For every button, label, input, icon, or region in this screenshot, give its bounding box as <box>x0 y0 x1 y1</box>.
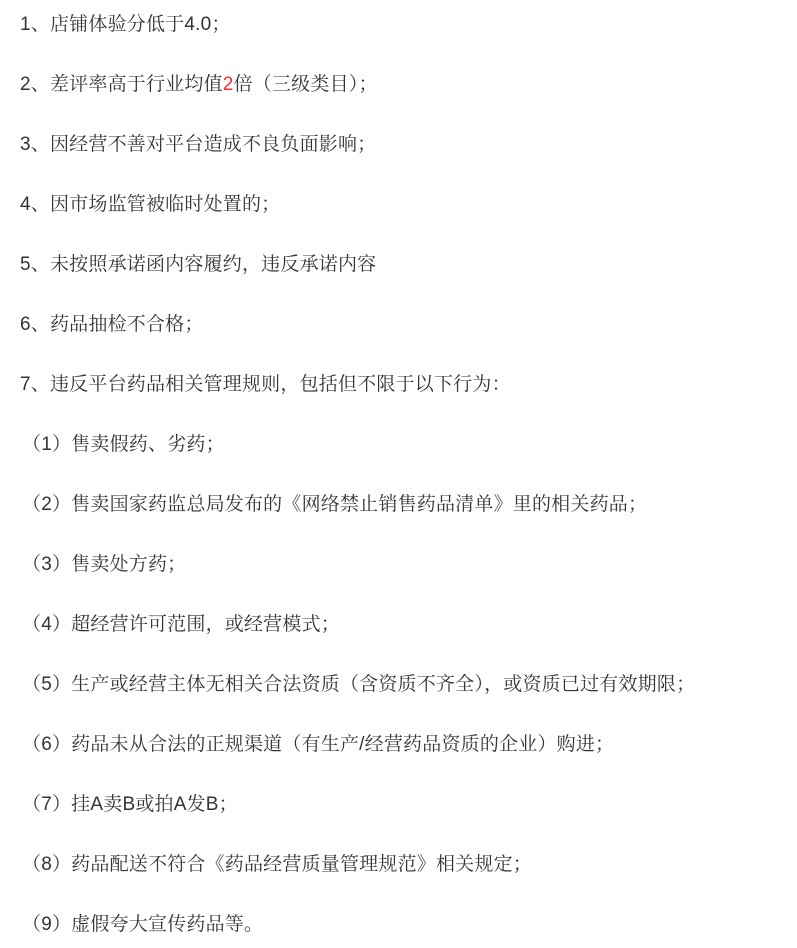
item-text: （9）虚假夸大宣传药品等。 <box>22 914 263 935</box>
item-text-suffix: 倍（三级类目）； <box>234 74 378 95</box>
list-item-6: 6、药品抽检不合格； <box>0 312 797 338</box>
list-item-3: 3、因经营不善对平台造成不良负面影响； <box>0 132 797 158</box>
highlighted-multiplier: 2 <box>223 74 234 95</box>
item-text: （5）生产或经营主体无相关合法资质（含资质不齐全），或资质已过有效期限； <box>22 674 695 695</box>
item-text: 4、因市场监管被临时处置的； <box>20 194 280 215</box>
item-text: （3）售卖处方药； <box>22 554 186 575</box>
sub-item-2: （2）售卖国家药监总局发布的《网络禁止销售药品清单》里的相关药品； <box>0 492 797 518</box>
sub-item-1: （1）售卖假药、劣药； <box>0 432 797 458</box>
list-item-2: 2、差评率高于行业均值2倍（三级类目）； <box>0 72 797 98</box>
item-text: （2）售卖国家药监总局发布的《网络禁止销售药品清单》里的相关药品； <box>22 494 647 515</box>
sub-item-3: （3）售卖处方药； <box>0 552 797 578</box>
list-item-7: 7、违反平台药品相关管理规则，包括但不限于以下行为： <box>0 372 797 398</box>
sub-item-7: （7）挂A卖B或拍A发B； <box>0 792 797 818</box>
rules-document: 1、店铺体验分低于4.0； 2、差评率高于行业均值2倍（三级类目）； 3、因经营… <box>0 0 797 948</box>
item-text: （6）药品未从合法的正规渠道（有生产/经营药品资质的企业）购进； <box>22 734 614 755</box>
sub-item-4: （4）超经营许可范围，或经营模式； <box>0 612 797 638</box>
item-text: 7、违反平台药品相关管理规则，包括但不限于以下行为： <box>20 374 511 395</box>
sub-item-8: （8）药品配送不符合《药品经营质量管理规范》相关规定； <box>0 852 797 878</box>
sub-item-5: （5）生产或经营主体无相关合法资质（含资质不齐全），或资质已过有效期限； <box>0 672 797 698</box>
item-text: 6、药品抽检不合格； <box>20 314 204 335</box>
item-text: 1、店铺体验分低于4.0； <box>20 14 231 35</box>
sub-item-6: （6）药品未从合法的正规渠道（有生产/经营药品资质的企业）购进； <box>0 732 797 758</box>
list-item-1: 1、店铺体验分低于4.0； <box>0 12 797 38</box>
item-text: 3、因经营不善对平台造成不良负面影响； <box>20 134 376 155</box>
list-item-5: 5、未按照承诺函内容履约，违反承诺内容 <box>0 252 797 278</box>
list-item-4: 4、因市场监管被临时处置的； <box>0 192 797 218</box>
item-text: （8）药品配送不符合《药品经营质量管理规范》相关规定； <box>22 854 532 875</box>
item-text: （7）挂A卖B或拍A发B； <box>22 794 238 815</box>
item-text: （1）售卖假药、劣药； <box>22 434 225 455</box>
item-text: （4）超经营许可范围，或经营模式； <box>22 614 340 635</box>
sub-item-9: （9）虚假夸大宣传药品等。 <box>0 912 797 938</box>
item-text-prefix: 2、差评率高于行业均值 <box>20 74 223 95</box>
item-text: 5、未按照承诺函内容履约，违反承诺内容 <box>20 254 376 275</box>
